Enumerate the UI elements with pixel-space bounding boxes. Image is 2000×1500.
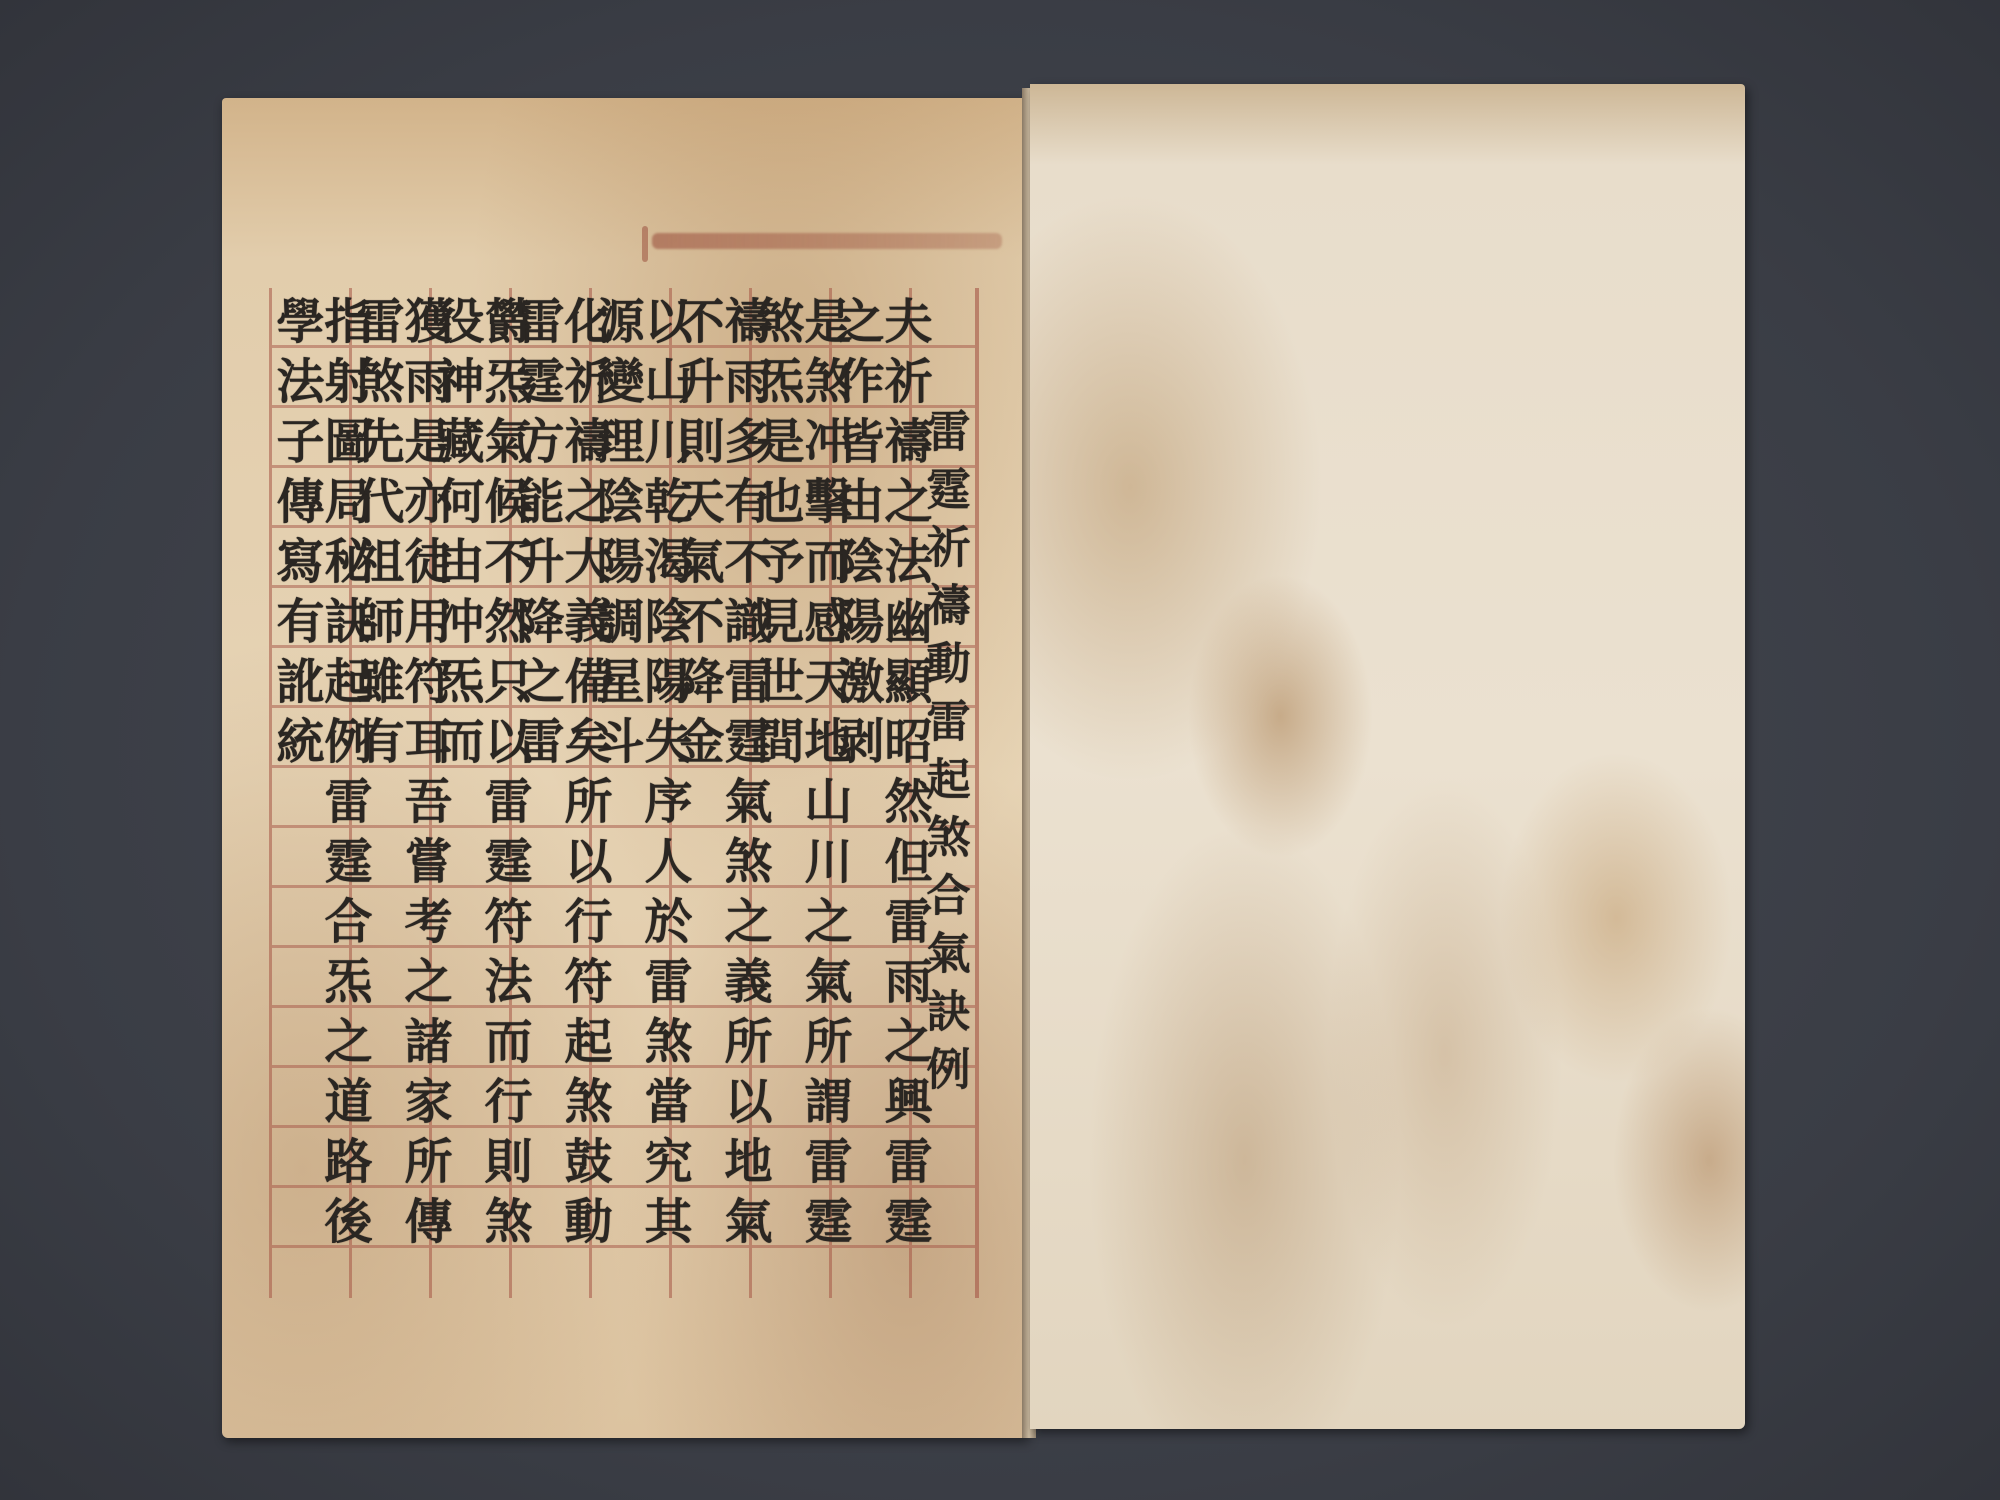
text-columns: 雷霆祈禱動雷起煞合氣訣例 夫祈禱之法幽顯昭然但雷雨之興雷霆之作皆由陰陽激剥 是煞… xyxy=(269,288,975,1298)
open-book: 雷霆祈禱動雷起煞合氣訣例 夫祈禱之法幽顯昭然但雷雨之興雷霆之作皆由陰陽激剥 是煞… xyxy=(0,0,2000,1500)
text-grid: 雷霆祈禱動雷起煞合氣訣例 夫祈禱之法幽顯昭然但雷雨之興雷霆之作皆由陰陽激剥 是煞… xyxy=(250,288,979,1298)
column-text: 指射圖局秘訣起例雷霆合炁之道路後學法子傳寫有訛統 xyxy=(272,296,368,1298)
left-page: 雷霆祈禱動雷起煞合氣訣例 夫祈禱之法幽顯昭然但雷雨之興雷霆之作皆由陰陽激剥 是煞… xyxy=(222,98,1027,1438)
faded-red-band xyxy=(652,233,1002,249)
red-mark xyxy=(642,226,648,262)
text-column: 指射圖局秘訣起例雷霆合炁之道路後學法子傳寫有訛統 xyxy=(269,288,349,1298)
right-page-blank xyxy=(1030,84,1745,1429)
